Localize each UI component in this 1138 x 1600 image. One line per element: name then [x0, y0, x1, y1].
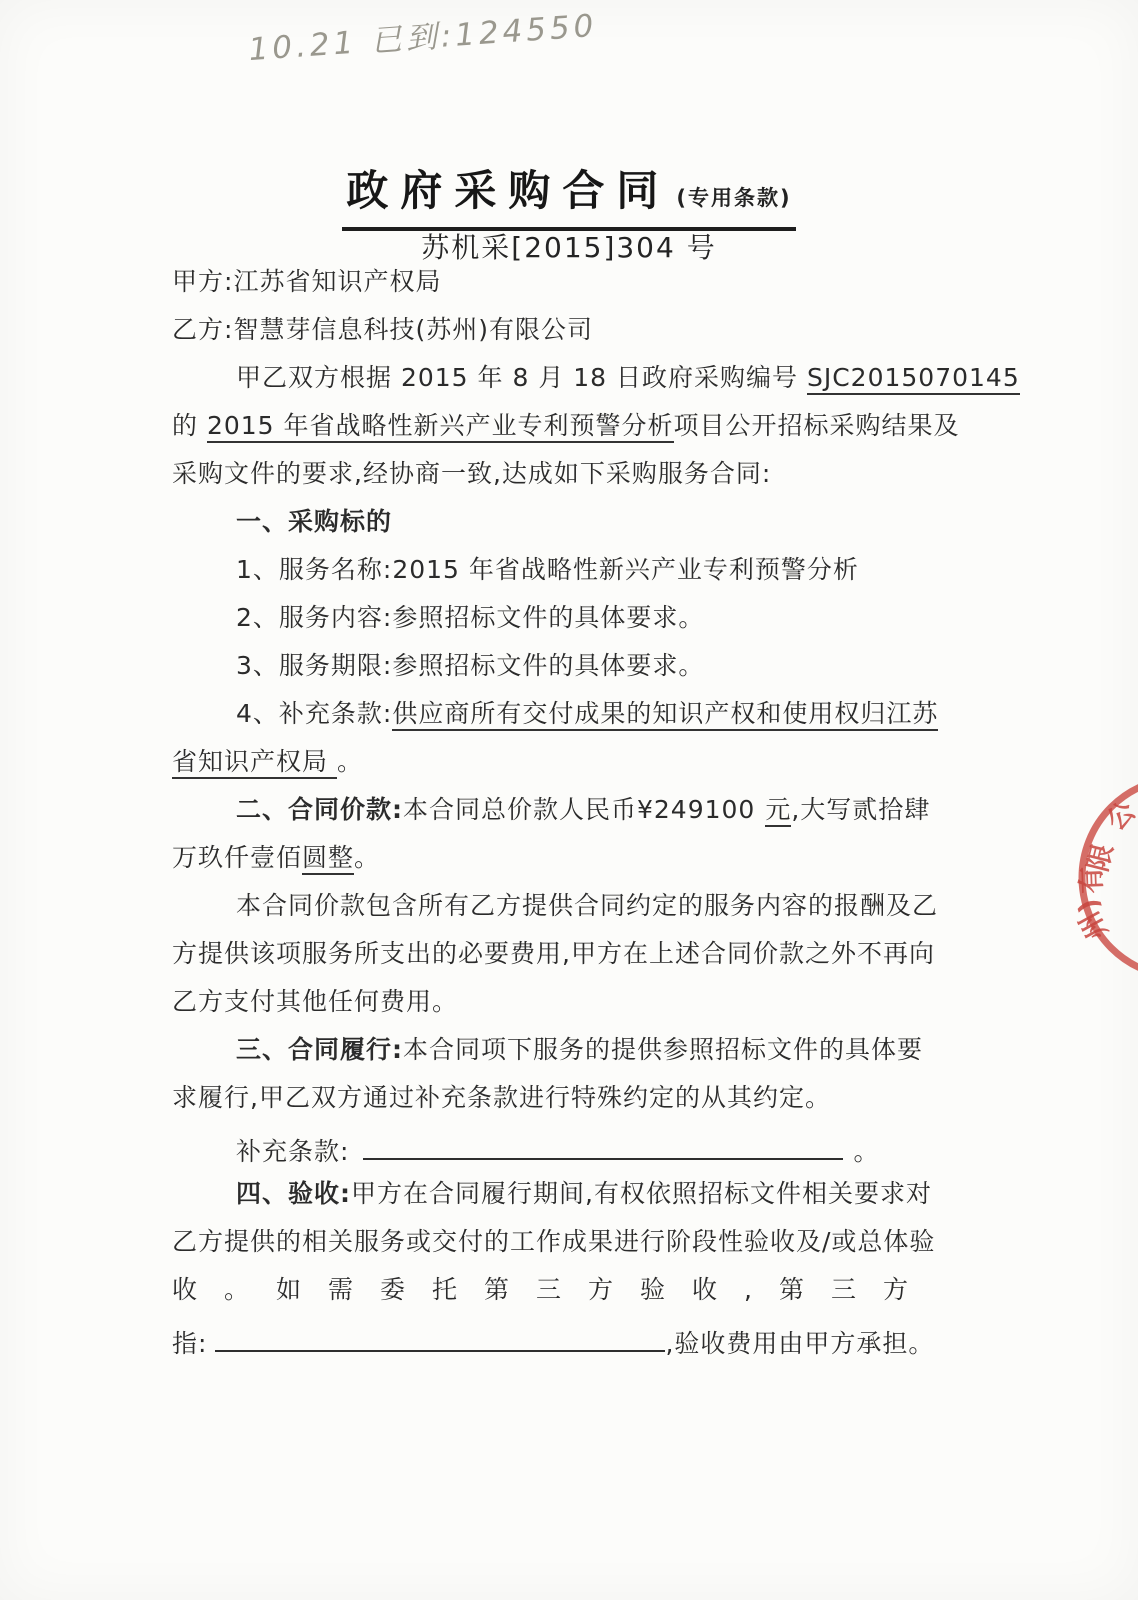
preamble-text: 的: [172, 411, 207, 440]
item4-label: 4、补充条款:: [236, 699, 392, 728]
section1-item1: 1、服务名称:2015 年省战略性新兴产业专利预警分析: [172, 546, 947, 594]
third-party-blank-field: [215, 1314, 665, 1352]
section3-line1: 三、合同履行:本合同项下服务的提供参照招标文件的具体要: [172, 1026, 947, 1074]
section2-line1: 二、合同价款:本合同总价款人民币¥249100元,大写贰拾肆: [172, 786, 947, 834]
amount-words-period: 。: [354, 843, 380, 872]
section3-heading: 三、合同履行:: [236, 1035, 403, 1064]
supplement-period: 。: [853, 1137, 879, 1166]
section4-text: ,验收费用由甲方承担。: [665, 1329, 934, 1358]
section1-item4-line2: 省知识产权局 。: [172, 738, 947, 786]
title-underline-group: 政府采购合同(专用条款): [342, 158, 795, 231]
section1-item2: 2、服务内容:参照招标文件的具体要求。: [172, 594, 947, 642]
preamble-line-1: 甲乙双方根据 2015 年 8 月 18 日政府采购编号 SJC20150701…: [172, 354, 947, 402]
section4-line3-justified: 收。如需委托第三方验收,第三方: [172, 1266, 947, 1314]
item4-period: 。: [337, 747, 363, 776]
price-text: 本合同总价款人民币¥249100: [403, 795, 755, 824]
document-header: 政府采购合同(专用条款): [0, 158, 1138, 231]
party-a-name: 江苏省知识产权局: [233, 267, 441, 296]
preamble-line-3: 采购文件的要求,经协商一致,达成如下采购服务合同:: [172, 450, 947, 498]
section1-item4-line1: 4、补充条款:供应商所有交付成果的知识产权和使用权归江苏: [172, 690, 947, 738]
party-a-label: 甲方:: [172, 267, 233, 296]
section4-line1: 四、验收:甲方在合同履行期间,有权依照招标文件相关要求对: [172, 1170, 947, 1218]
handwritten-annotation: 10.21 已到:124550: [247, 0, 599, 69]
section4-heading: 四、验收:: [236, 1179, 351, 1208]
party-b-name: 智慧芽信息科技(苏州)有限公司: [233, 315, 593, 344]
section2-para2-line2: 方提供该项服务所支出的必要费用,甲方在上述合同价款之外不再向: [172, 930, 947, 978]
section4-text: 甲方在合同履行期间,有权依照招标文件相关要求对: [351, 1179, 932, 1208]
section4-line4: 指:,验收费用由甲方承担。: [172, 1314, 947, 1362]
section3-text: 本合同项下服务的提供参照招标文件的具体要: [403, 1035, 923, 1064]
seal-character: 公: [1101, 796, 1138, 837]
supplement-blank-field: [363, 1122, 843, 1160]
section2-line2: 万玖仟壹佰圆整。: [172, 834, 947, 882]
contract-body: 甲方:江苏省知识产权局 乙方:智慧芽信息科技(苏州)有限公司 甲乙双方根据 20…: [172, 258, 947, 1362]
section3-line2: 求履行,甲乙双方通过补充条款进行特殊约定的从其约定。: [172, 1074, 947, 1122]
section2-para2-line1: 本合同价款包含所有乙方提供合同约定的服务内容的报酬及乙: [172, 882, 947, 930]
preamble-line-2: 的 2015 年省战略性新兴产业专利预警分析项目公开招标采购结果及: [172, 402, 947, 450]
preamble-text: 甲乙双方根据 2015 年 8 月 18 日政府采购编号: [236, 363, 807, 392]
amount-words-underlined: 圆整: [302, 843, 354, 875]
party-a-line: 甲方:江苏省知识产权局: [172, 258, 947, 306]
party-b-label: 乙方:: [172, 315, 233, 344]
preamble-text: 项目公开招标采购结果及: [674, 411, 960, 440]
price-unit-underlined: 元: [765, 795, 791, 827]
section4-line2: 乙方提供的相关服务或交付的工作成果进行阶段性验收及/或总体验: [172, 1218, 947, 1266]
supplement-clause-line: 补充条款:。: [172, 1122, 947, 1170]
document-title: 政府采购合同: [346, 166, 670, 215]
section2-para2-line3: 乙方支付其他任何费用。: [172, 978, 947, 1026]
section2-heading: 二、合同价款:: [236, 795, 403, 824]
item4-filled-text: 省知识产权局: [172, 747, 337, 779]
party-b-line: 乙方:智慧芽信息科技(苏州)有限公司: [172, 306, 947, 354]
project-name-underlined: 2015 年省战略性新兴产业专利预警分析: [207, 411, 674, 443]
document-title-suffix: (专用条款): [676, 186, 791, 210]
third-party-label: 指:: [172, 1329, 207, 1358]
supplement-label: 补充条款:: [236, 1137, 349, 1166]
price-text: ,大写贰拾肆: [791, 795, 930, 824]
amount-words: 万玖仟壹佰: [172, 843, 302, 872]
company-seal-stamp: 公 限 有 ) 州: [1056, 758, 1138, 988]
procurement-ref-number: SJC2015070145: [807, 363, 1020, 395]
section1-item3: 3、服务期限:参照招标文件的具体要求。: [172, 642, 947, 690]
scanned-contract-page: 10.21 已到:124550 政府采购合同(专用条款) 苏机采[2015]30…: [0, 0, 1138, 1600]
item4-filled-text: 供应商所有交付成果的知识产权和使用权归江苏: [392, 699, 938, 731]
section1-heading: 一、采购标的: [172, 498, 947, 546]
seal-character: 有: [1076, 866, 1108, 894]
